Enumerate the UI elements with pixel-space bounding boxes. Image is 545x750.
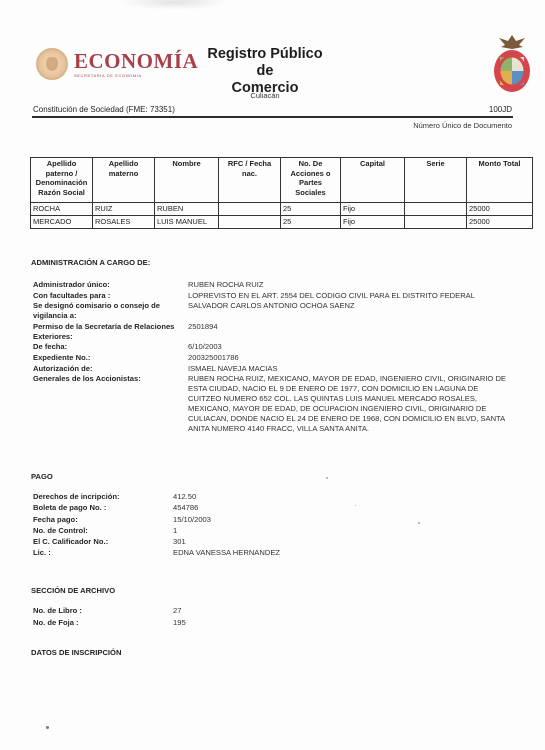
section-title-pago: PAGO [31, 472, 53, 481]
scanned-document-page: ECONOMÍA SECRETARÍA DE ECONOMÍA Registro… [0, 0, 545, 750]
economia-logo: ECONOMÍA SECRETARÍA DE ECONOMÍA [36, 48, 198, 80]
field-label: No. de Control: [33, 526, 173, 536]
city-label: Culiacán [200, 91, 330, 100]
table-cell: 25000 [467, 216, 533, 229]
table-cell [405, 203, 467, 216]
field-value: 6/10/2003 [188, 342, 525, 352]
field-value: 27 [173, 606, 525, 616]
field-row: De fecha: 6/10/2003 [33, 342, 525, 352]
field-value: 200325001786 [188, 353, 525, 363]
field-value: 301 [173, 537, 525, 547]
table-header-row: Apellido paterno / Denominación Razón So… [31, 158, 533, 203]
shareholders-table: Apellido paterno / Denominación Razón So… [30, 157, 533, 229]
table-cell: 25 [281, 203, 341, 216]
column-header: RFC / Fecha nac. [219, 158, 281, 203]
field-row: Con facultades para : LOPREVISTO EN EL A… [33, 291, 525, 301]
field-row: No. de Libro : 27 [33, 606, 525, 616]
page-title: Registro Público de Comercio [200, 46, 330, 97]
column-header: Capital [341, 158, 405, 203]
title-line-1: Registro Público de [200, 46, 330, 80]
economia-logo-subtext: SECRETARÍA DE ECONOMÍA [74, 73, 198, 78]
table-cell: MERCADO [31, 216, 93, 229]
field-label: Boleta de pago No. : [33, 503, 173, 513]
scan-speck [46, 726, 49, 729]
field-label: Con facultades para : [33, 291, 188, 301]
administracion-fields: Administrador único: RUBEN ROCHA RUIZ Co… [33, 280, 525, 435]
field-row: Se designó comisario o consejo de vigila… [33, 301, 525, 321]
field-value: 2501894 [188, 322, 525, 342]
table-cell: LUIS MANUEL [155, 216, 219, 229]
field-label: Derechos de incripción: [33, 492, 173, 502]
field-row: El C. Calificador No.: 301 [33, 537, 525, 547]
field-row: Lic. : EDNA VANESSA HERNANDEZ [33, 548, 525, 558]
table-cell [405, 216, 467, 229]
field-label: El C. Calificador No.: [33, 537, 173, 547]
field-label: De fecha: [33, 342, 188, 352]
section-title-archivo: SECCIÓN DE ARCHIVO [31, 586, 115, 595]
field-row: Permiso de la Secretaría de Relaciones E… [33, 322, 525, 342]
field-label: Autorización de: [33, 364, 188, 374]
table-cell [219, 203, 281, 216]
field-value: RUBEN ROCHA RUIZ [188, 280, 525, 290]
sinaloa-coat-of-arms-icon [491, 33, 533, 95]
document-id: 100JD [489, 105, 512, 114]
field-label: Lic. : [33, 548, 173, 558]
column-header: Nombre [155, 158, 219, 203]
field-label: Administrador único: [33, 280, 188, 290]
table-cell: 25 [281, 216, 341, 229]
table-cell: ROSALES [93, 216, 155, 229]
field-label: Permiso de la Secretaría de Relaciones E… [33, 322, 188, 342]
field-value: 454786 [173, 503, 525, 513]
table-row: MERCADO ROSALES LUIS MANUEL 25 Fijo 2500… [31, 216, 533, 229]
field-row: Derechos de incripción: 412.50 [33, 492, 525, 502]
field-label: Fecha pago: [33, 515, 173, 525]
field-value: 1 [173, 526, 525, 536]
field-row: Autorización de: ISMAEL NAVEJA MACIAS [33, 364, 525, 374]
table-cell: Fijo [341, 216, 405, 229]
field-row: No. de Control: 1 [33, 526, 525, 536]
field-row: Boleta de pago No. : 454786 [33, 503, 525, 513]
scan-speck [355, 505, 356, 506]
field-label: No. de Libro : [33, 606, 173, 616]
scan-speck [326, 477, 328, 479]
column-header: Apellido paterno / Denominación Razón So… [31, 158, 93, 203]
document-id-label: Número Único de Documento [413, 121, 512, 130]
section-title-administracion: ADMINISTRACIÓN A CARGO DE: [31, 258, 150, 267]
header-divider [32, 116, 513, 118]
field-row: Administrador único: RUBEN ROCHA RUIZ [33, 280, 525, 290]
scan-speck [418, 522, 420, 524]
table-cell: Fijo [341, 203, 405, 216]
economia-logo-text: ECONOMÍA [74, 50, 198, 72]
field-label: No. de Foja : [33, 618, 173, 628]
column-header: Monto Total [467, 158, 533, 203]
national-seal-icon [36, 48, 68, 80]
field-value: 195 [173, 618, 525, 628]
pago-fields: Derechos de incripción: 412.50 Boleta de… [33, 492, 525, 560]
field-value: EDNA VANESSA HERNANDEZ [173, 548, 525, 558]
column-header: Serie [405, 158, 467, 203]
scan-smudge [120, 0, 230, 10]
field-value: RUBEN ROCHA RUIZ, MEXICANO, MAYOR DE EDA… [188, 374, 525, 434]
table-cell: RUBEN [155, 203, 219, 216]
archivo-fields: No. de Libro : 27 No. de Foja : 195 [33, 606, 525, 630]
field-row: Fecha pago: 15/10/2003 [33, 515, 525, 525]
table-cell: ROCHA [31, 203, 93, 216]
field-value: SALVADOR CARLOS ANTONIO OCHOA SAENZ [188, 301, 525, 321]
field-row: No. de Foja : 195 [33, 618, 525, 628]
table-row: ROCHA RUIZ RUBEN 25 Fijo 25000 [31, 203, 533, 216]
field-value: LOPREVISTO EN EL ART. 2554 DEL CODIGO CI… [188, 291, 525, 301]
column-header: Apellido materno [93, 158, 155, 203]
field-label: Generales de los Accionistas: [33, 374, 188, 434]
table-cell: RUIZ [93, 203, 155, 216]
document-type: Constitución de Sociedad (FME: 73351) [33, 105, 175, 114]
field-label: Expediente No.: [33, 353, 188, 363]
column-header: No. De Acciones o Partes Sociales [281, 158, 341, 203]
field-row: Generales de los Accionistas: RUBEN ROCH… [33, 374, 525, 434]
section-title-inscripcion: DATOS DE INSCRIPCIÓN [31, 648, 121, 657]
field-value: 15/10/2003 [173, 515, 525, 525]
field-label: Se designó comisario o consejo de vigila… [33, 301, 188, 321]
field-value: 412.50 [173, 492, 525, 502]
field-value: ISMAEL NAVEJA MACIAS [188, 364, 525, 374]
table-cell [219, 216, 281, 229]
field-row: Expediente No.: 200325001786 [33, 353, 525, 363]
table-cell: 25000 [467, 203, 533, 216]
